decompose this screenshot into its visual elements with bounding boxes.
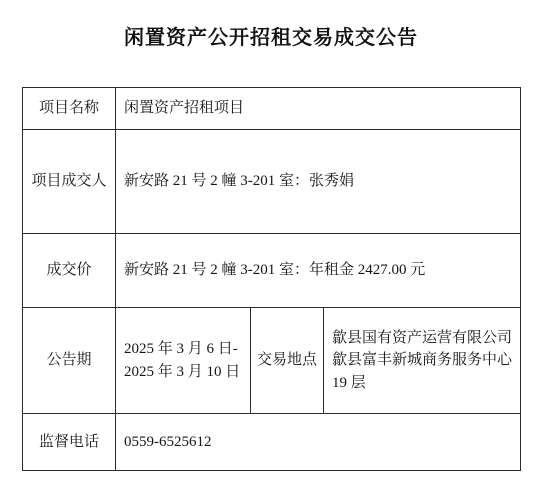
transaction-location-value: 歙县国有资产运营有限公司 歙县富丰新城商务服务中心 19 层 [324,308,521,414]
row-supervision-phone: 监督电话 0559-6525612 [23,414,521,471]
row-winner: 项目成交人 新安路 21 号 2 幢 3-201 室：张秀娟 [23,130,521,234]
announcement-table: 项目名称 闲置资产招租项目 项目成交人 新安路 21 号 2 幢 3-201 室… [22,87,521,471]
announcement-document: 闲置资产公开招租交易成交公告 项目名称 闲置资产招租项目 项目成交人 新安路 2… [0,0,542,488]
transaction-location-label: 交易地点 [251,308,324,414]
row-price: 成交价 新安路 21 号 2 幢 3-201 室：年租金 2427.00 元 [23,234,521,308]
price-label: 成交价 [23,234,116,308]
announcement-period-label: 公告期 [23,308,116,414]
announcement-period-value: 2025 年 3 月 6 日- 2025 年 3 月 10 日 [116,308,251,414]
price-value: 新安路 21 号 2 幢 3-201 室：年租金 2427.00 元 [116,234,521,308]
supervision-phone-value: 0559-6525612 [116,414,521,471]
project-name-label: 项目名称 [23,88,116,130]
row-period-location: 公告期 2025 年 3 月 6 日- 2025 年 3 月 10 日 交易地点… [23,308,521,414]
supervision-phone-label: 监督电话 [23,414,116,471]
row-project-name: 项目名称 闲置资产招租项目 [23,88,521,130]
winner-value: 新安路 21 号 2 幢 3-201 室：张秀娟 [116,130,521,234]
document-title: 闲置资产公开招租交易成交公告 [0,21,542,50]
project-name-value: 闲置资产招租项目 [116,88,521,130]
winner-label: 项目成交人 [23,130,116,234]
